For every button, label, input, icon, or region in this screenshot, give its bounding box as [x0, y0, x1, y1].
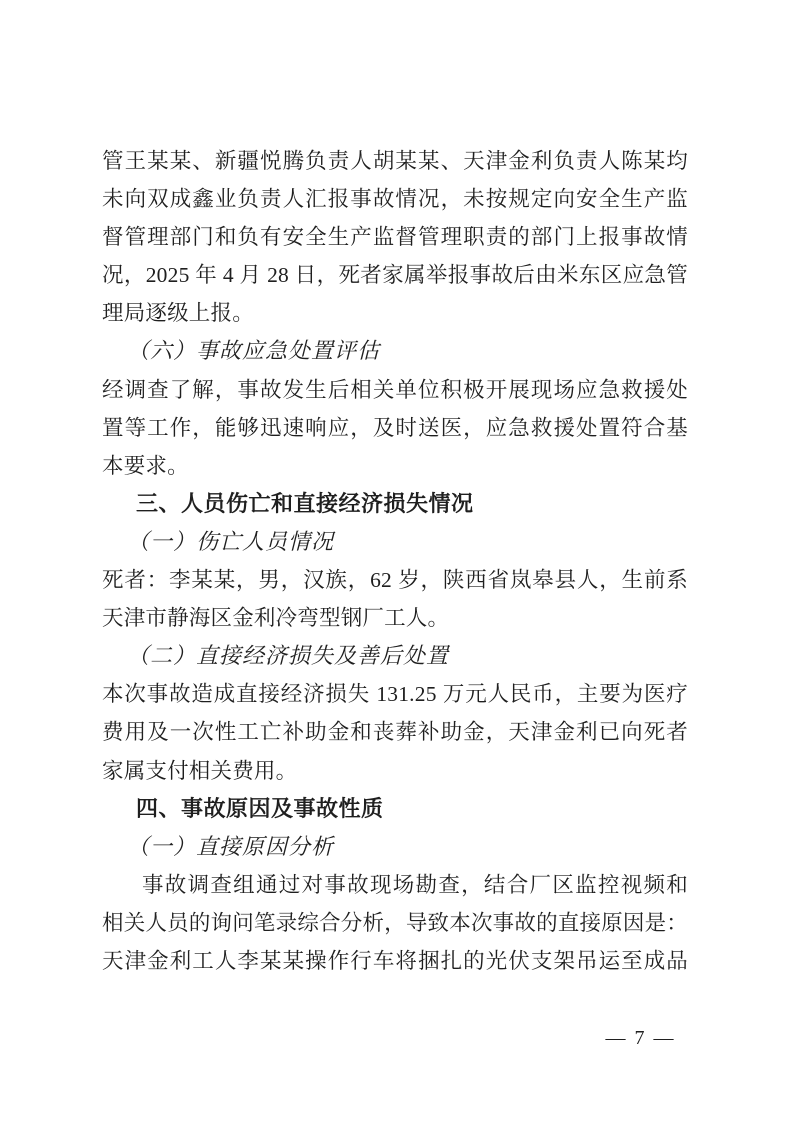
- text-line: 本要求。: [102, 447, 688, 485]
- text-line: 管王某某、新疆悦腾负责人胡某某、天津金利负责人陈某均: [102, 142, 688, 180]
- text-line: 况，2025 年 4 月 28 日，死者家属举报事故后由米东区应急管: [102, 256, 688, 294]
- text-line: 相关人员的询问笔录综合分析，导致本次事故的直接原因是：: [102, 904, 688, 942]
- text-line: 置等工作，能够迅速响应，及时送医，应急救援处置符合基: [102, 409, 688, 447]
- text-line: 本次事故造成直接经济损失 131.25 万元人民币，主要为医疗: [102, 675, 688, 713]
- text-line: （一）伤亡人员情况: [102, 523, 688, 561]
- text-line: （六）事故应急处置评估: [102, 332, 688, 370]
- text-line: 死者：李某某，男，汉族，62 岁，陕西省岚皋县人，生前系: [102, 561, 688, 599]
- text-line: 未向双成鑫业负责人汇报事故情况，未按规定向安全生产监: [102, 180, 688, 218]
- text-line: （二）直接经济损失及善后处置: [102, 637, 688, 675]
- text-line: 家属支付相关费用。: [102, 752, 688, 790]
- text-line: 天津金利工人李某某操作行车将捆扎的光伏支架吊运至成品: [102, 942, 688, 980]
- text-line: 四、事故原因及事故性质: [102, 790, 688, 828]
- text-line: 督管理部门和负有安全生产监督管理职责的部门上报事故情: [102, 218, 688, 256]
- text-line: 事故调查组通过对事故现场勘查，结合厂区监控视频和: [102, 866, 688, 904]
- text-line: （一）直接原因分析: [102, 828, 688, 866]
- text-line: 三、人员伤亡和直接经济损失情况: [102, 485, 688, 523]
- text-line: 费用及一次性工亡补助金和丧葬补助金，天津金利已向死者: [102, 713, 688, 751]
- text-line: 天津市静海区金利冷弯型钢厂工人。: [102, 599, 688, 637]
- page-number: — 7 —: [563, 1023, 718, 1053]
- text-line: 经调查了解，事故发生后相关单位积极开展现场应急救援处: [102, 371, 688, 409]
- text-line: 理局逐级上报。: [102, 294, 688, 332]
- document-body: 管王某某、新疆悦腾负责人胡某某、天津金利负责人陈某均未向双成鑫业负责人汇报事故情…: [102, 142, 688, 980]
- document-page: 管王某某、新疆悦腾负责人胡某某、天津金利负责人陈某均未向双成鑫业负责人汇报事故情…: [0, 0, 793, 1122]
